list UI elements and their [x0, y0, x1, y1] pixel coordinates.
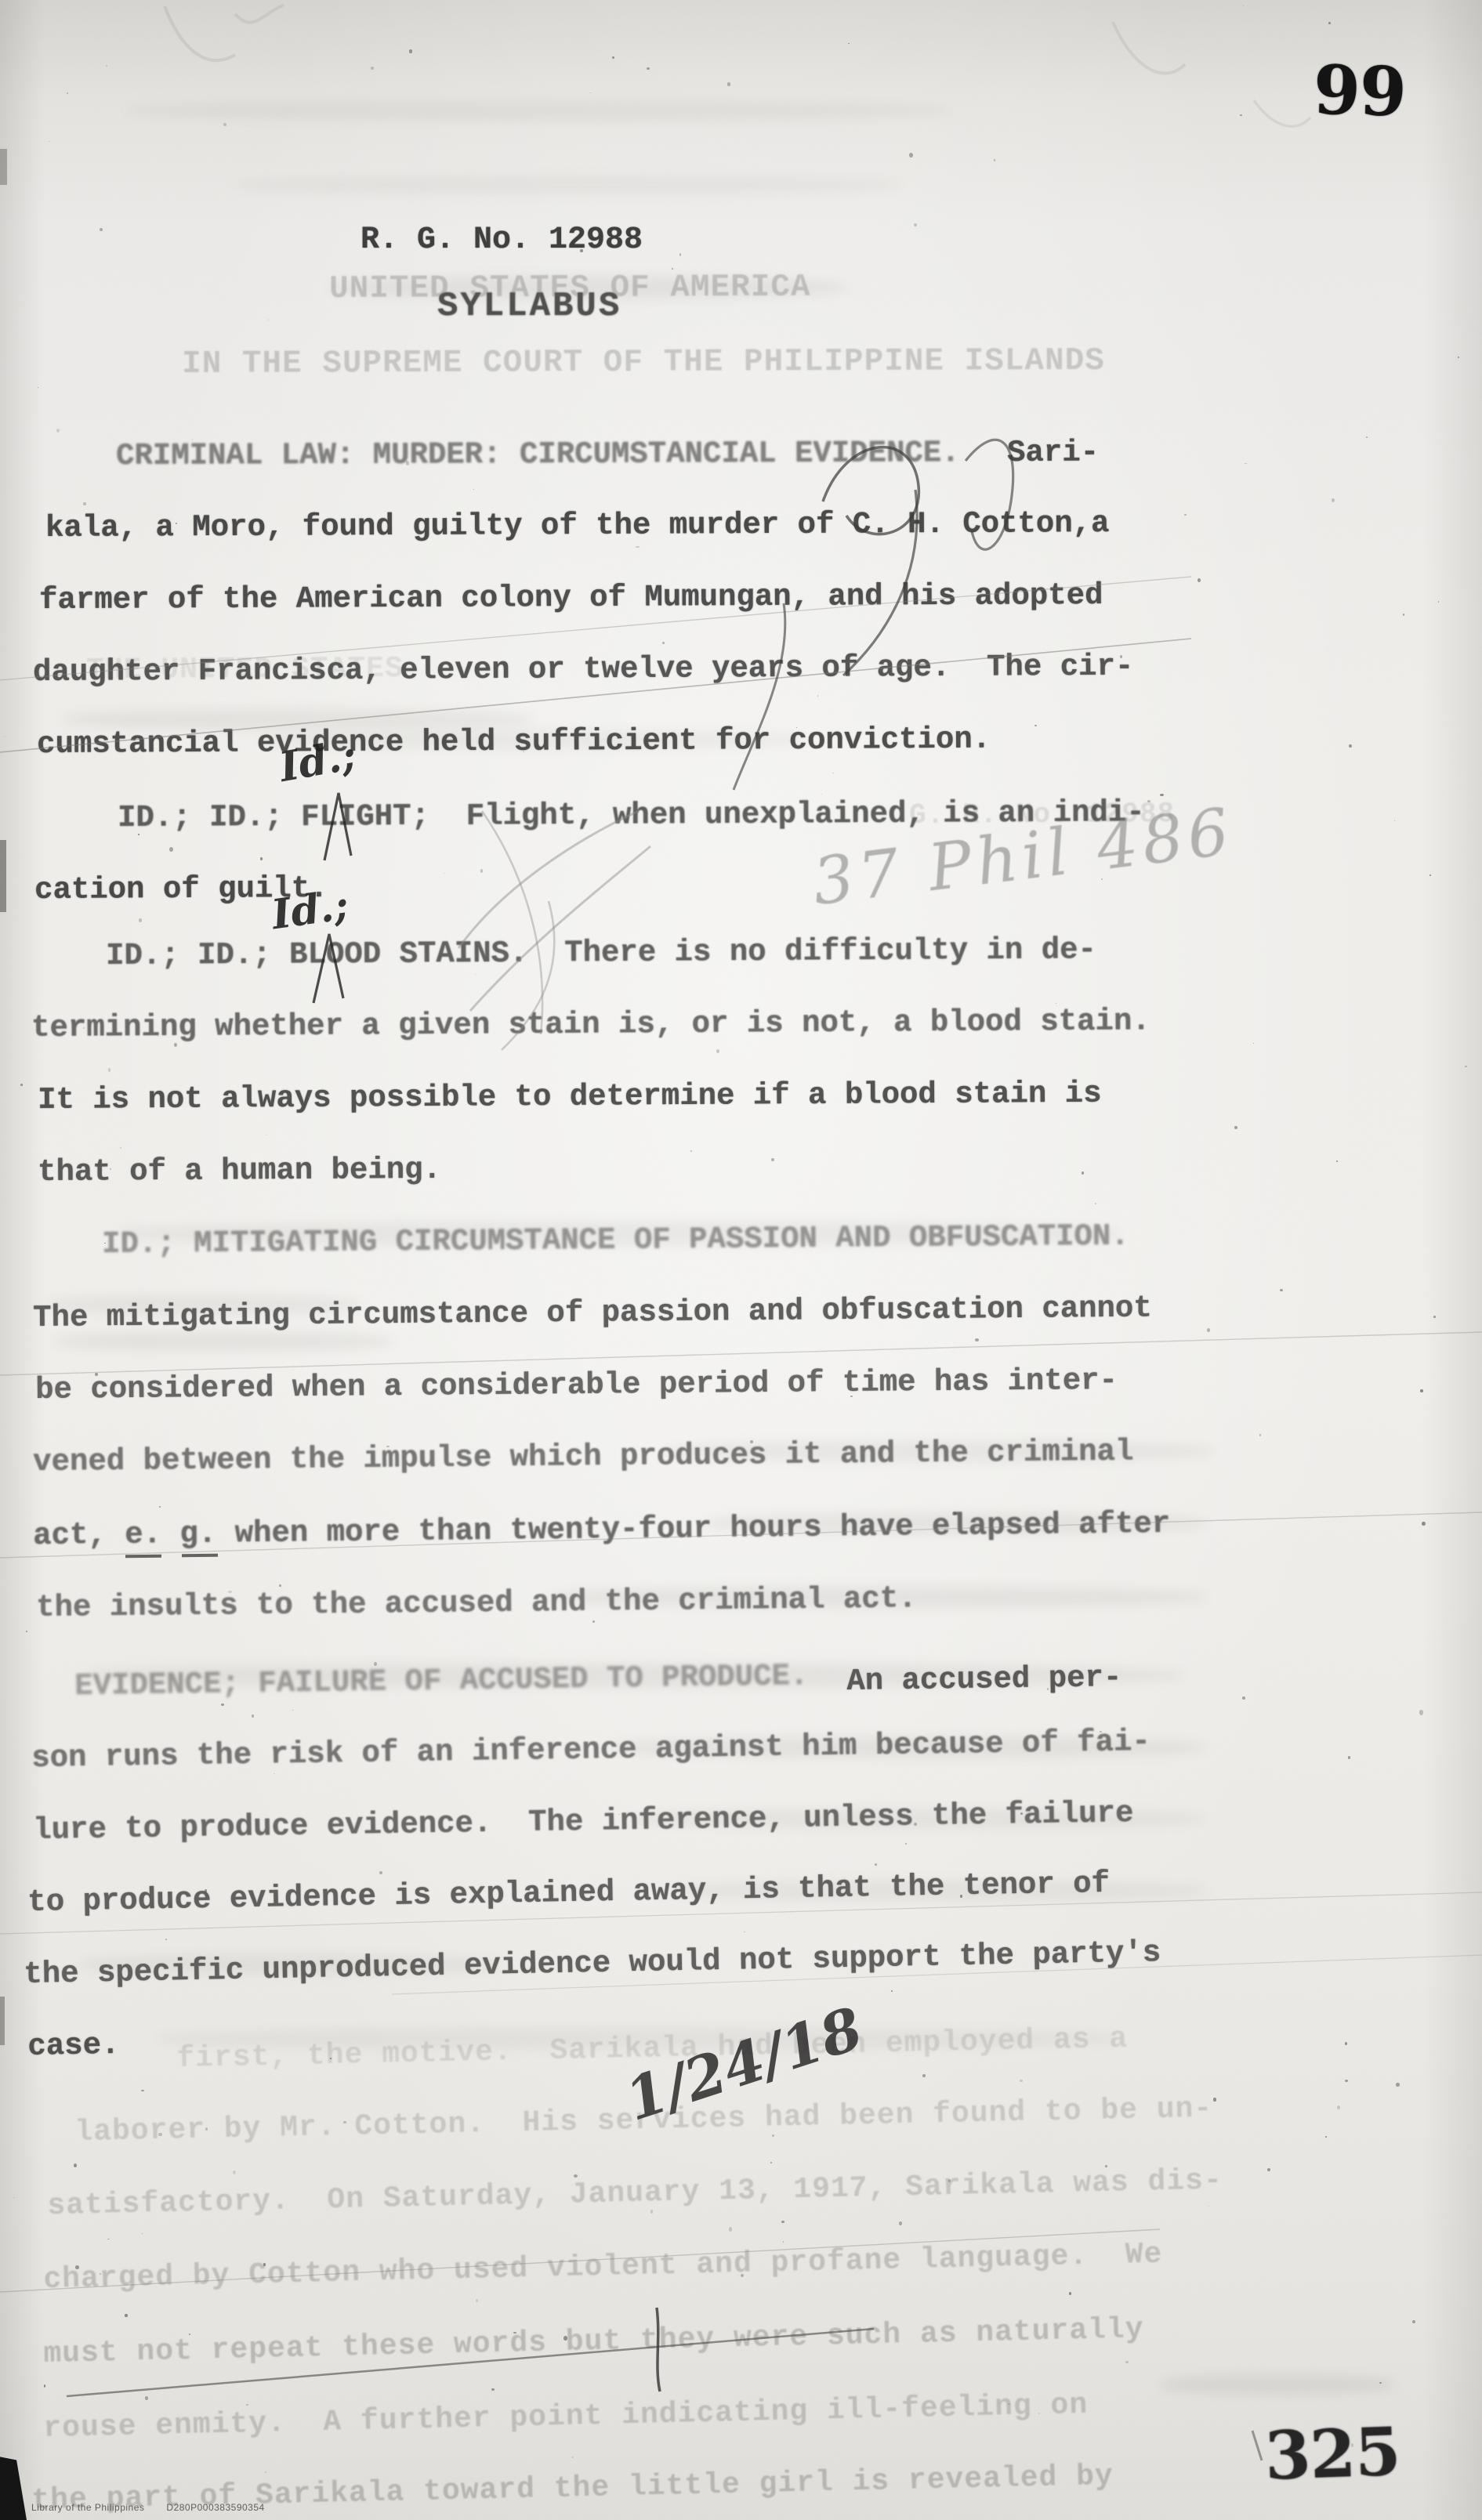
- paper-speck: [379, 1871, 382, 1874]
- paper-speck: [612, 56, 614, 59]
- paper-speck: [994, 159, 996, 162]
- smudge: [63, 709, 533, 730]
- smudge: [705, 1512, 1207, 1534]
- paper-speck: [899, 2221, 902, 2225]
- paper-speck: [1008, 2403, 1009, 2405]
- paper-speck: [690, 1150, 692, 1153]
- paper-speck: [158, 2133, 161, 2136]
- paper-speck: [374, 1662, 376, 1666]
- paper-speck: [832, 773, 833, 773]
- paper-speck: [409, 49, 413, 52]
- paper-speck: [292, 1710, 293, 1711]
- paper-speck: [905, 1843, 907, 1845]
- typed-line: farmer of the American colony of Mumunga…: [39, 578, 1103, 617]
- paper-speck: [1208, 2206, 1209, 2207]
- paper-speck: [100, 2273, 101, 2274]
- paper-speck: [1325, 2136, 1327, 2137]
- paper-speck: [770, 2162, 772, 2163]
- typed-line: case.: [27, 2028, 120, 2064]
- paper-speck: [343, 2121, 346, 2124]
- paper-speck: [159, 1506, 161, 1508]
- paper-speck: [1458, 357, 1459, 357]
- paper-speck: [744, 1932, 745, 1932]
- paper-speck: [330, 2058, 332, 2059]
- paper-speck: [176, 523, 176, 524]
- underline-g: [182, 1554, 218, 1557]
- paper-speck: [74, 2163, 77, 2167]
- paper-speck: [672, 268, 673, 270]
- paper-speck: [1345, 2042, 1347, 2045]
- paper-speck: [513, 2332, 516, 2334]
- ghost-line: satisfactory. On Saturday, January 13, 1…: [47, 2163, 1223, 2223]
- smudge: [674, 1881, 1207, 1901]
- paper-speck: [165, 1939, 167, 1940]
- paper-speck: [1429, 874, 1431, 876]
- paper-speck: [729, 2227, 733, 2232]
- paper-speck: [574, 2174, 578, 2178]
- case-number: R. G. No. 12988: [361, 223, 643, 258]
- paper-speck: [716, 1049, 719, 1052]
- paper-speck: [753, 944, 755, 945]
- paper-speck: [274, 1773, 275, 1774]
- paper-speck: [13, 2197, 14, 2198]
- paper-speck: [914, 223, 917, 227]
- paper-speck: [580, 249, 583, 252]
- paper-speck: [1336, 1160, 1338, 1162]
- paper-speck: [1160, 794, 1164, 796]
- paper-speck: [1082, 1171, 1084, 1175]
- paper-speck: [1419, 1710, 1423, 1714]
- paper-speck: [563, 2336, 567, 2341]
- paper-speck: [1349, 744, 1352, 748]
- paper-speck: [650, 2210, 654, 2214]
- paper-speck: [1234, 1126, 1238, 1129]
- typed-line: that of a human being.: [38, 1153, 441, 1189]
- paper-speck: [263, 2263, 266, 2265]
- paper-speck: [142, 2233, 143, 2234]
- paper-speck: [476, 2299, 478, 2302]
- watermark-label: Library of the Philippines: [31, 2502, 144, 2513]
- paper-speck: [1198, 578, 1201, 582]
- scanned-document-page: 99 R. G. No. 12988 SYLLABUS CRIMINAL LAW…: [0, 0, 1482, 2520]
- paper-speck: [1394, 820, 1395, 821]
- paper-speck: [110, 1168, 111, 1170]
- paper-speck: [781, 2221, 784, 2224]
- paper-speck: [406, 461, 409, 465]
- paper-speck: [1438, 601, 1439, 603]
- paper-speck: [975, 1338, 979, 1341]
- paper-speck: [260, 857, 263, 860]
- smudge: [78, 1954, 502, 1975]
- paper-speck: [108, 1068, 111, 1072]
- paper-speck: [473, 489, 474, 490]
- ghost-line: rouse enmity. A further point indicating…: [43, 2388, 1089, 2446]
- typed-line: be considered when a considerable period…: [35, 1363, 1118, 1407]
- paper-speck: [266, 1135, 266, 1135]
- paper-speck: [1240, 114, 1242, 116]
- paper-speck: [1351, 2443, 1353, 2446]
- paper-speck: [120, 1147, 121, 1149]
- paper-speck: [948, 2179, 951, 2182]
- typed-line: CRIMINAL LAW: MURDER: CIRCUMSTANCIAL EVI…: [116, 436, 960, 473]
- typed-line: ID.; ID.; BLOOD STAINS. There is no diff…: [106, 932, 1096, 973]
- smudge: [86, 1663, 1183, 1688]
- paper-speck: [1403, 614, 1404, 616]
- paper-speck: [44, 2384, 46, 2388]
- paper-speck: [1396, 2083, 1399, 2086]
- smudge: [1160, 2374, 1395, 2395]
- watermark-code: D280P000383590354: [166, 2502, 264, 2513]
- paper-speck: [1422, 1522, 1425, 1526]
- paper-speck: [228, 1591, 232, 1593]
- ghost-line: IN THE SUPREME COURT OF THE PHILIPPINE I…: [182, 343, 1105, 382]
- paper-speck: [891, 1990, 893, 1992]
- paper-speck: [1348, 1756, 1350, 1758]
- paper-speck: [1095, 1203, 1096, 1204]
- paper-speck: [223, 123, 226, 126]
- paper-speck: [67, 92, 69, 94]
- paper-speck: [636, 546, 639, 549]
- paper-speck: [265, 2471, 266, 2473]
- paper-speck: [1105, 2165, 1107, 2167]
- paper-speck: [821, 794, 822, 795]
- paper-speck: [772, 2134, 774, 2137]
- paper-speck: [1245, 463, 1246, 465]
- paper-speck: [475, 974, 476, 975]
- paper-speck: [590, 92, 591, 93]
- typed-line: termining whether a given stain is, or i…: [31, 1004, 1150, 1045]
- paper-speck: [662, 642, 665, 644]
- paper-speck: [1332, 498, 1335, 502]
- paper-speck: [1213, 2098, 1216, 2101]
- paper-speck: [1465, 1066, 1466, 1068]
- paper-speck: [268, 319, 269, 320]
- paper-speck: [444, 873, 444, 874]
- paper-speck: [233, 2171, 236, 2174]
- paper-speck: [727, 82, 730, 85]
- paper-speck: [1147, 800, 1150, 802]
- paper-speck: [1366, 436, 1368, 438]
- paper-speck: [107, 2239, 110, 2240]
- page-number-stamp-top: 99: [1313, 50, 1407, 132]
- paper-speck: [279, 1584, 281, 1586]
- paper-speck: [95, 1373, 99, 1376]
- paper-speck: [49, 141, 49, 142]
- paper-speck: [1120, 655, 1122, 658]
- paper-speck: [205, 2127, 208, 2131]
- underline-e: [125, 1555, 161, 1558]
- paper-speck: [491, 2388, 495, 2391]
- page-number-stamp-bottom: 325: [1263, 2413, 1401, 2495]
- smudge: [627, 1809, 1207, 1829]
- handwritten-insert-id-blood: Id.;: [269, 881, 352, 939]
- ghost-line: must not repeat these words but they wer…: [43, 2312, 1144, 2371]
- paper-speck: [174, 1043, 177, 1047]
- scan-edge-corner: [0, 2454, 27, 2520]
- paper-speck: [1280, 1289, 1283, 1292]
- paper-speck: [1125, 2361, 1129, 2363]
- paper-speck: [1069, 2292, 1071, 2295]
- paper-speck: [1345, 2080, 1348, 2082]
- paper-speck: [1101, 878, 1103, 880]
- paper-speck: [679, 253, 682, 256]
- paper-speck: [83, 502, 86, 505]
- paper-speck: [1337, 2105, 1340, 2109]
- smudge: [549, 1586, 1207, 1608]
- paper-speck: [571, 2457, 574, 2458]
- paper-speck: [1035, 725, 1038, 727]
- paper-speck: [1253, 1043, 1254, 1044]
- ghost-line: THE UNITED STATES: [86, 652, 404, 687]
- smudge: [611, 1736, 1207, 1758]
- paper-speck: [1184, 514, 1186, 516]
- paper-speck: [817, 695, 818, 696]
- watermark: Library of the PhilippinesD280P000383590…: [31, 2502, 265, 2513]
- paper-speck: [1047, 1688, 1049, 1690]
- paper-speck: [1056, 1003, 1056, 1004]
- paper-speck: [38, 387, 38, 388]
- paper-speck: [1433, 1316, 1437, 1318]
- paper-speck: [480, 869, 483, 872]
- smudge: [125, 100, 948, 121]
- smudge: [47, 1294, 361, 1315]
- paper-speck: [26, 1631, 27, 1632]
- paper-speck: [139, 918, 142, 922]
- paper-speck: [848, 43, 850, 45]
- paper-speck: [1259, 1434, 1261, 1436]
- paper-speck: [647, 67, 650, 70]
- paper-speck: [783, 2241, 784, 2243]
- paper-speck: [1328, 22, 1331, 24]
- smudge: [666, 1440, 1215, 1462]
- paper-speck: [145, 2396, 148, 2400]
- smudge: [329, 276, 846, 299]
- typed-line: kala, a Moro, found guilty of the murder…: [45, 506, 1110, 545]
- paper-speck: [56, 429, 60, 433]
- paper-speck: [371, 67, 374, 70]
- paper-speck: [106, 65, 107, 67]
- paper-speck: [1242, 1696, 1245, 1700]
- paper-speck: [138, 834, 140, 835]
- paper-speck: [246, 2404, 248, 2406]
- paper-speck: [1243, 5, 1244, 6]
- typed-line: It is not always possible to determine i…: [38, 1077, 1102, 1117]
- paper-speck: [252, 1714, 254, 1717]
- paper-speck: [592, 1620, 595, 1623]
- paper-speck: [5, 736, 5, 737]
- smudge: [55, 1332, 392, 1351]
- paper-speck: [909, 153, 913, 157]
- smudge: [235, 176, 901, 194]
- paper-speck: [221, 1704, 225, 1706]
- paper-speck: [1420, 1389, 1423, 1392]
- paper-speck: [125, 2314, 128, 2317]
- paper-speck: [922, 2074, 926, 2076]
- typed-line: Sari-: [1007, 436, 1099, 470]
- paper-speck: [169, 847, 173, 852]
- paper-speck: [1020, 2080, 1023, 2083]
- paper-speck: [100, 228, 103, 231]
- paper-speck: [771, 1158, 774, 1161]
- ghost-line: charged by Cotton who used violent and p…: [43, 2238, 1163, 2297]
- paper-speck: [1207, 1328, 1210, 1332]
- paper-speck: [141, 2090, 143, 2091]
- smudge: [118, 1221, 1121, 1246]
- paper-speck: [875, 1863, 877, 1866]
- smudge: [157, 2028, 1121, 2050]
- paper-speck: [20, 1084, 23, 1085]
- paper-speck: [1267, 2168, 1270, 2171]
- paper-speck: [1412, 2320, 1415, 2323]
